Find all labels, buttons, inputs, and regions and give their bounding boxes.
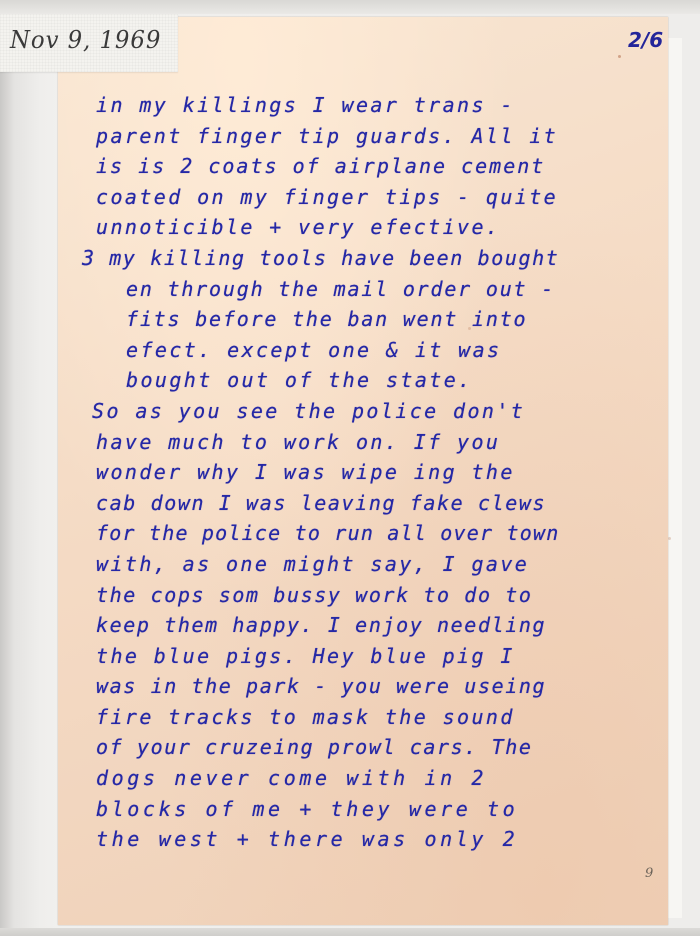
letter-line: en through the mail order out - [96, 274, 656, 305]
letter-line: in my killings I wear trans - [96, 90, 656, 121]
letter-line: keep them happy. I enjoy needling [96, 610, 656, 641]
letter-line: fits before the ban went into [96, 304, 656, 335]
letter-body: in my killings I wear trans - parent fin… [96, 90, 656, 855]
album-top-edge [0, 0, 700, 14]
letter-line: the blue pigs. Hey blue pig I [96, 641, 656, 672]
letter-line: the cops som bussy work to do to [96, 580, 656, 611]
letter-line: dogs never come with in 2 [96, 763, 656, 794]
letter-line: blocks of me + they were to [96, 794, 656, 825]
letter-line: So as you see the police don't [92, 396, 656, 427]
letter-line: wonder why I was wipe ing the [96, 457, 656, 488]
page-indicator: 2/6 [628, 28, 663, 52]
letter-line: efect. except one & it was [96, 335, 656, 366]
paper-stain [618, 55, 621, 58]
letter-line: coated on my finger tips - quite [96, 182, 656, 213]
letter-line: is is 2 coats of airplane cement [96, 151, 656, 182]
letter-line: the west + there was only 2 [96, 824, 656, 855]
letter-line: parent finger tip guards. All it [96, 121, 656, 152]
letter-line: cab down I was leaving fake clews [96, 488, 656, 519]
date-label-tape: Nov 9, 1969 [0, 14, 178, 72]
letter-line: for the police to run all over town [96, 518, 656, 549]
letter-line: was in the park - you were useing [96, 671, 656, 702]
letter-line: have much to work on. If you [96, 427, 656, 458]
date-label: Nov 9, 1969 [10, 26, 161, 54]
album-bottom-edge [0, 928, 700, 936]
letter-line: of your cruzeing prowl cars. The [96, 732, 656, 763]
paper-stain [668, 537, 671, 540]
letter-line: fire tracks to mask the sound [96, 702, 656, 733]
letter-line: bought out of the state. [96, 365, 656, 396]
archive-page-number: 9 [645, 866, 653, 881]
letter-line: with, as one might say, I gave [96, 549, 656, 580]
letter-line: unnoticible + very efective. [96, 212, 656, 243]
letter-line: 3 my killing tools have been bought [82, 243, 656, 274]
